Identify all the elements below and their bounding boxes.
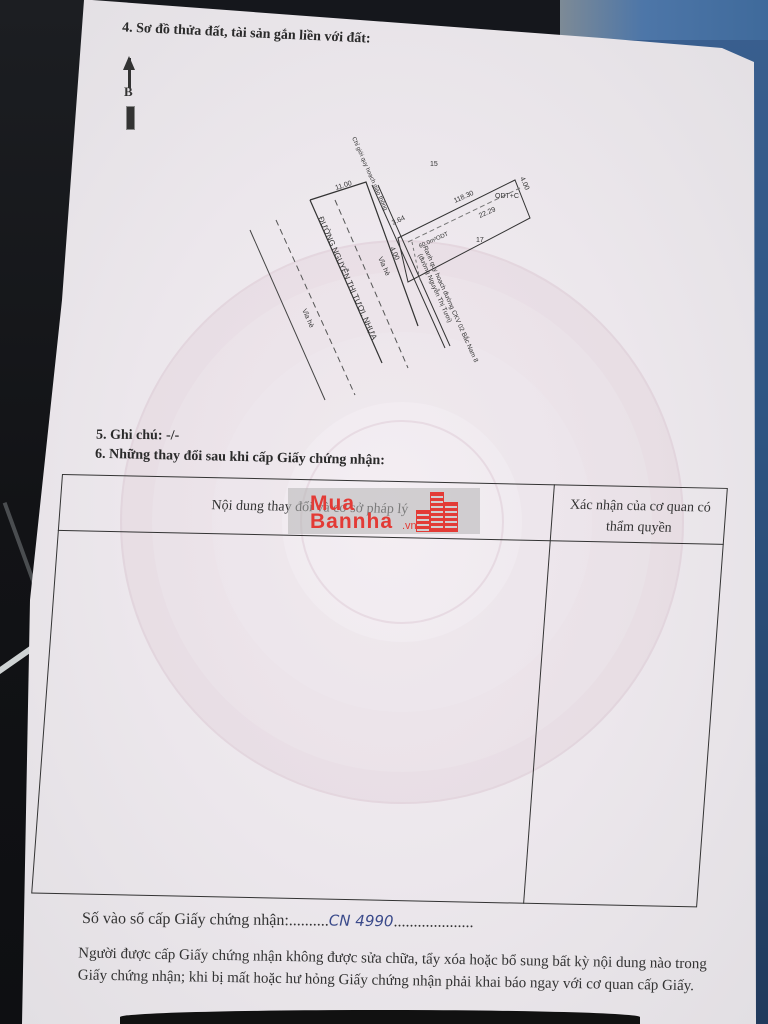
plan-dimension-long-top: 118.30: [453, 190, 475, 205]
north-arrow-icon: B: [122, 58, 138, 130]
plan-dimension-short-left: 3.64: [391, 215, 406, 227]
building-icon: [430, 492, 444, 532]
changes-table: Nội dung thay đổi và cơ sở pháp lý Xác n…: [31, 474, 728, 907]
building-icon: [416, 510, 430, 532]
section-5-title: 5. Ghi chú: -/-: [96, 428, 179, 445]
plan-planning-limit-label: Chỉ giới quy hoạch giao thông: [350, 136, 389, 212]
building-icon: [444, 502, 458, 532]
plan-street-name: ĐƯỜNG NGUYỄN THỊ TƯƠI, NHỰA: [316, 215, 379, 342]
background-top-object: [560, 0, 768, 40]
plan-sidewalk-label-2: Vỉa hè: [300, 308, 315, 329]
plan-neighbor-top: 15: [430, 161, 438, 168]
table-header-authority-confirmation: Xác nhận của cơ quan có thẩm quyền: [558, 494, 721, 539]
plan-planning-road-label-1: Ranh quy hoạch đường CKV 02 Bắc Nam 8: [421, 244, 481, 364]
land-plot-diagram: 11.00 118.30 22.29 3.64 4.00 4.00 60.0m²…: [240, 130, 540, 410]
certificate-number-value: CN 4990: [329, 912, 394, 931]
background-dark-object: [120, 1010, 640, 1024]
plan-neighbor-bottom: 17: [476, 237, 484, 244]
north-arrow-label: B: [124, 84, 133, 100]
plan-sidewalk-label-1: Vỉa hè: [376, 256, 391, 277]
certificate-number-label: Số vào sổ cấp Giấy chứng nhận:: [82, 910, 289, 929]
plan-dimension-long-bottom: 22.29: [478, 206, 497, 220]
plan-dimension-short-right: 4.00: [518, 176, 530, 191]
muabannha-watermark-logo: Mua Bannha .vn: [288, 488, 480, 534]
plan-dimension-side: 4.00: [388, 246, 400, 261]
plan-landuse-label: ODT+C: [495, 193, 519, 200]
plan-dimension-top: 11.00: [334, 180, 352, 192]
